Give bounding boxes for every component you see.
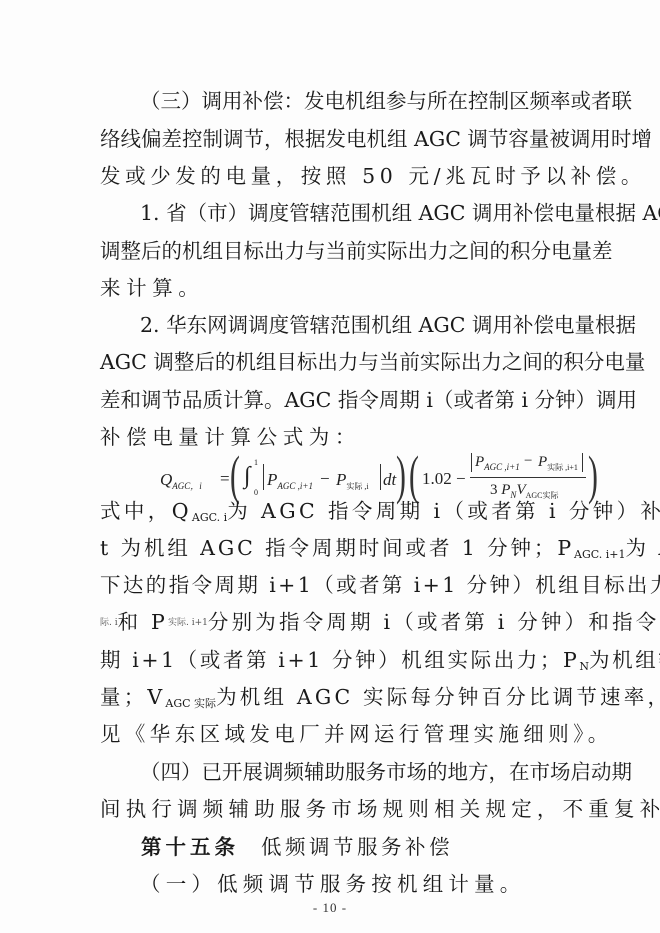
paragraph-3-line-3: 发或少发的电量，按照 50 元/兆瓦时予以补偿。 — [100, 161, 582, 191]
paragraph-3-line-1: （三）调用补偿：发电机组参与所在控制区频率或者联 — [140, 86, 582, 116]
explain-line-7: 见《华东区域发电厂并网运行管理实施细则》。 — [100, 719, 582, 749]
item-2-line-1: 2. 华东网调调度管辖范围机组 AGC 调用补偿电量根据 — [140, 310, 582, 340]
formula-numerator-2: P实际 ,i+1 — [538, 454, 578, 473]
formula-fraction-bar — [470, 477, 586, 478]
item-1-line-1: 1. 省（市）调度管辖范围机组 AGC 调用补偿电量根据 AGC — [140, 198, 582, 228]
paragraph-4-line-1: （四）已开展调频辅助服务市场的地方，在市场启动期 — [140, 757, 582, 787]
explain-line-4: 际. i和 P实际. i+1分别为指令周期 i（或者第 i 分钟）和指令周 — [100, 607, 582, 637]
item-1-line-2: 调整后的机组目标出力与当前实际出力之间的积分电量差 — [100, 236, 582, 266]
item-2-line-2: AGC 调整后的机组目标出力与当前实际出力之间的积分电量 — [100, 347, 582, 377]
formula-term2: P实际 ,i — [336, 470, 369, 492]
formula-num-abs-left — [471, 453, 472, 472]
document-page: （三）调用补偿：发电机组参与所在控制区频率或者联 络线偏差控制调节，根据发电机组… — [0, 0, 660, 933]
paragraph-3-line-2: 络线偏差控制调节，根据发电机组 AGC 调节容量被调用时增 — [100, 124, 582, 154]
formula-abs-left — [263, 464, 264, 490]
formula-dt: dt — [383, 470, 396, 490]
formula-lhs: QAGC，i — [160, 470, 202, 492]
formula-equals: = — [220, 469, 230, 489]
formula-numerator-1: PAGC ,i+1 — [475, 454, 520, 472]
formula-integral: ∫ — [244, 463, 251, 490]
formula-term1: PAGC ,i+1 — [267, 470, 313, 491]
formula-left-paren-1: ( — [230, 448, 240, 502]
formula-numerator-minus: − — [524, 453, 532, 470]
formula-num-abs-right — [582, 453, 583, 472]
formula-right-paren-1: ) — [396, 448, 406, 502]
item-1-line-3: 来计算。 — [100, 273, 582, 303]
article-15-item-1: （一）低频调节服务按机组计量。 — [140, 869, 582, 899]
formula-abs-right — [380, 464, 381, 490]
formula-constant: 1.02 — [422, 469, 452, 489]
formula-minus-2: − — [456, 469, 466, 489]
article-title: 低频调节服务补偿 — [261, 835, 453, 859]
formula-int-upper: 1 — [254, 458, 258, 467]
page-number: - 10 - — [0, 900, 660, 916]
formula-right-paren-2: ) — [588, 448, 598, 502]
explain-line-6: 量；VAGC 实际为机组 AGC 实际每分钟百分比调节速率，计算详 — [100, 682, 582, 712]
explain-line-1: 式中，QAGC. i为 AGC 指令周期 i（或者第 i 分钟）补偿电量； — [100, 496, 582, 526]
article-15-heading: 第十五条低频调节服务补偿 — [141, 832, 583, 862]
explain-line-5: 期 i+1（或者第 i+1 分钟）机组实际出力；PN为机组额定容 — [100, 645, 582, 675]
item-2-line-3: 差和调节品质计算。AGC 指令周期 i（或者第 i 分钟）调用 — [100, 385, 582, 415]
explain-line-2: t 为机组 AGC 指令周期时间或者 1 分钟；PAGC. i+1为 AGC 主… — [100, 533, 582, 563]
paragraph-4-line-2: 间执行调频辅助服务市场规则相关规定，不重复补偿。 — [100, 794, 582, 824]
explain-line-3: 下达的指令周期 i+1（或者第 i+1 分钟）机组目标出力；P实 — [100, 570, 582, 600]
article-number: 第十五条 — [141, 835, 239, 859]
formula-minus-1: − — [320, 469, 330, 489]
formula-left-paren-2: ( — [409, 448, 419, 502]
